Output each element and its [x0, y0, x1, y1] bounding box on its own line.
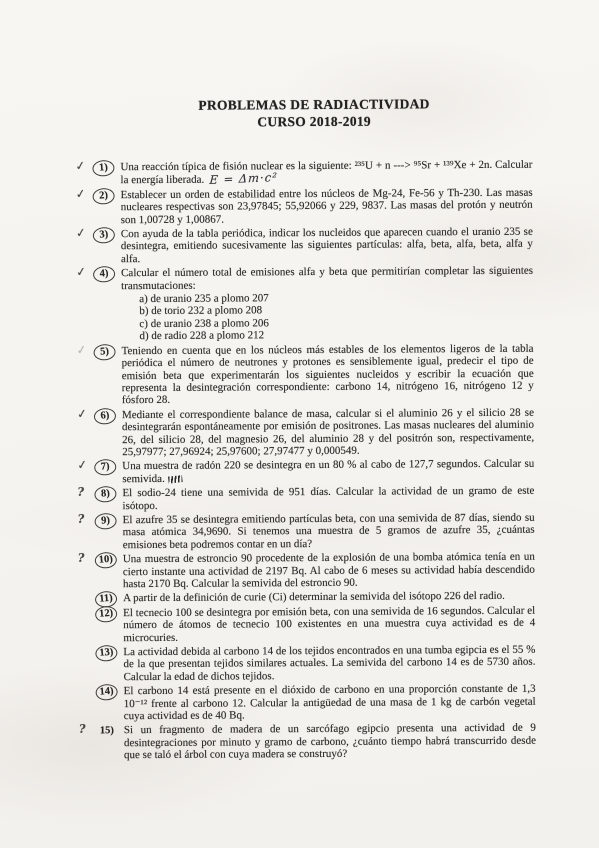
problem-text: Si un fragmento de madera de un sarcófag…: [124, 722, 536, 761]
problem-text: A partir de la definición de curie (Ci) …: [123, 590, 505, 604]
handwritten-margin-mark: ✓: [76, 406, 94, 421]
problem-item: 12) El tecnecio 100 se desintegra por em…: [99, 604, 535, 644]
problem-item: 11) A partir de la definición de curie (…: [99, 590, 535, 605]
handwritten-margin-mark: ?: [77, 485, 94, 498]
problem-item: ? 10) Una muestra de estroncio 90 proced…: [99, 551, 535, 591]
problem-subitems: a) de uranio 235 a plomo 207b) de torio …: [121, 291, 533, 343]
problem-number: 6): [93, 407, 116, 425]
document-title: PROBLEMAS DE RADIACTIVIDAD CURSO 2018-20…: [96, 95, 532, 132]
document-content: PROBLEMAS DE RADIACTIVIDAD CURSO 2018-20…: [96, 95, 536, 764]
problem-number: 9): [94, 512, 117, 530]
problem-text: Con ayuda de la tabla periódica, indicar…: [121, 226, 533, 265]
problem-item: ✓ 2) Establecer un orden de estabilidad …: [97, 186, 533, 226]
problem-number: 8): [94, 486, 117, 504]
problem-item: ? 9) El azufre 35 se desintegra emitiend…: [99, 512, 535, 552]
problems-list: ✓ 1) Una reacción típica de fisión nucle…: [96, 159, 536, 762]
handwritten-scribble-mark: [168, 475, 183, 484]
problem-text: Calcular el número total de emisiones al…: [121, 265, 533, 292]
problem-item: 14) El carbono 14 está presente en el di…: [100, 683, 536, 723]
problem-number: 14): [95, 684, 118, 702]
problem-number: 12): [95, 605, 118, 623]
problem-item: ✓ 6) Mediante el correspondiente balance…: [98, 406, 534, 458]
problem-number: 10): [94, 552, 117, 570]
handwritten-margin-mark: ✓: [75, 186, 93, 201]
problem-number: 1): [92, 159, 115, 177]
problem-number: 5): [93, 343, 116, 361]
problem-item: ? 15) Si un fragmento de madera de un sa…: [100, 722, 536, 762]
problem-number: 2): [92, 187, 115, 205]
problem-text: Una muestra de estroncio 90 procedente d…: [123, 551, 535, 590]
problem-number: 3): [92, 227, 115, 245]
handwritten-margin-mark: ✓: [75, 158, 93, 173]
problem-text: Establecer un orden de estabilidad entre…: [121, 186, 533, 225]
problem-item: ✓ 7) Una muestra de radón 220 se desinte…: [98, 458, 534, 485]
scanned-document-page: PROBLEMAS DE RADIACTIVIDAD CURSO 2018-20…: [0, 0, 599, 848]
handwritten-margin-mark: ?: [77, 512, 94, 525]
problem-sub-item: d) de radio 228 a plomo 212: [121, 328, 533, 343]
handwritten-margin-mark: ✓: [76, 458, 94, 473]
handwritten-margin-mark: ✓: [75, 225, 93, 240]
problem-number: 15): [96, 724, 118, 740]
problem-item: ? 8) El sodio-24 tiene una semivida de 9…: [98, 485, 534, 512]
problem-item: ✓ 1) Una reacción típica de fisión nucle…: [96, 159, 532, 187]
handwritten-margin-mark: ✓: [76, 342, 94, 357]
problem-text: Mediante el correspondiente balance de m…: [122, 406, 534, 458]
problem-number: 13): [95, 644, 118, 662]
handwritten-formula: E = Δm·c²: [209, 171, 278, 186]
problem-number: 7): [94, 459, 117, 477]
problem-text: El tecnecio 100 se desintegra por emisió…: [123, 604, 535, 643]
problem-item: 13) La actividad debida al carbono 14 de…: [99, 644, 535, 684]
handwritten-margin-mark: ?: [79, 722, 96, 735]
problem-item: ✓ 4) Calcular el número total de emision…: [97, 265, 533, 343]
problem-text: Una reacción típica de fisión nuclear es…: [120, 159, 532, 187]
problem-number: 4): [93, 266, 116, 284]
problem-text: El sodio-24 tiene una semivida de 951 dí…: [122, 485, 534, 512]
problem-text: Una muestra de radón 220 se desintegra e…: [122, 458, 534, 485]
title-line-2: CURSO 2018-2019: [96, 112, 532, 132]
problem-item: ✓ 5) Teniendo en cuenta que en los núcle…: [98, 342, 534, 407]
problem-item: ✓ 3) Con ayuda de la tabla periódica, in…: [97, 226, 533, 266]
problem-text: El azufre 35 se desintegra emitiendo par…: [123, 512, 535, 551]
problem-text: Teniendo en cuenta que en los núcleos má…: [122, 342, 534, 406]
handwritten-margin-mark: ✓: [75, 265, 93, 280]
problem-text: La actividad debida al carbono 14 de los…: [123, 644, 535, 683]
problem-text: El carbono 14 está presente en el dióxid…: [124, 683, 536, 722]
handwritten-margin-mark: ?: [77, 551, 94, 564]
